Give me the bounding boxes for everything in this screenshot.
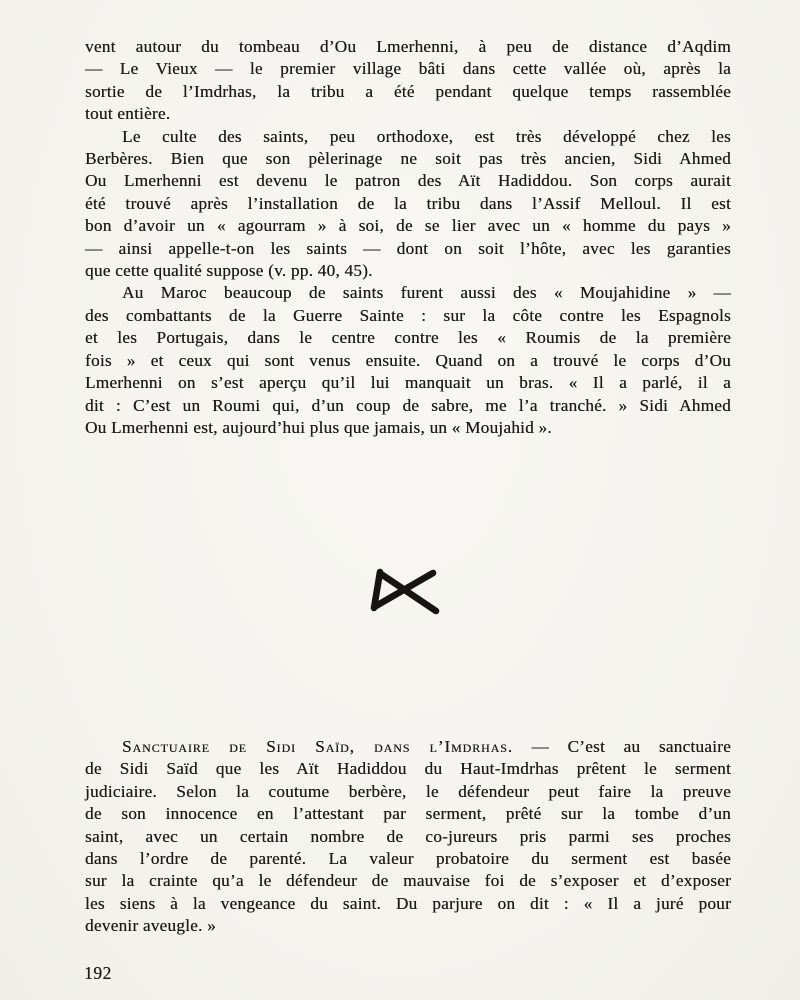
text-line: Ou Lmerhenni est, aujourd’hui plus que j… <box>85 417 731 439</box>
text-line: devenir aveugle. » <box>85 915 731 937</box>
text-line: Lmerhenni on s’est aperçu qu’il lui manq… <box>85 372 731 394</box>
text-line: sur la crainte qu’a le défendeur de mauv… <box>85 870 731 892</box>
text-line: les siens à la vengeance du saint. Du pa… <box>85 893 731 915</box>
text-line: judiciaire. Selon la coutume berbère, le… <box>85 781 731 803</box>
text-line: de Sidi Saïd que les Aït Hadiddou du Hau… <box>85 758 731 780</box>
text-line: Berbères. Bien que son pèlerinage ne soi… <box>85 148 731 170</box>
text-line: dit : C’est un Roumi qui, d’un coup de s… <box>85 395 731 417</box>
text-line: vent autour du tombeau d’Ou Lmerhenni, à… <box>85 36 731 58</box>
text-line: de son innocence en l’attestant par serm… <box>85 803 731 825</box>
text-block: vent autour du tombeau d’Ou Lmerhenni, à… <box>85 36 731 439</box>
page-number: 192 <box>84 962 112 984</box>
book-page: vent autour du tombeau d’Ou Lmerhenni, à… <box>0 0 800 1000</box>
paragraph: vent autour du tombeau d’Ou Lmerhenni, à… <box>85 36 731 126</box>
text-line: — Le Vieux — le premier village bâti dan… <box>85 58 731 80</box>
paragraph: Au Maroc beaucoup de saints furent aussi… <box>85 282 731 439</box>
text-line: dans l’ordre de parenté. La valeur proba… <box>85 848 731 870</box>
text-line: Le culte des saints, peu orthodoxe, est … <box>85 126 731 148</box>
section-heading-line: Sanctuaire de Sidi Saïd, dans l’Imdrhas.… <box>85 736 731 758</box>
text-line: fois » et ceux qui sont venus ensuite. Q… <box>85 350 731 372</box>
text-line: bon d’avoir un « agourram » à soi, de se… <box>85 215 731 237</box>
text-line: des combattants de la Guerre Sainte : su… <box>85 305 731 327</box>
bowtie-mark-icon <box>369 566 441 616</box>
text-line: Ou Lmerhenni est devenu le patron des Aï… <box>85 170 731 192</box>
section-divider-ornament <box>369 566 441 616</box>
paragraph: Le culte des saints, peu orthodoxe, est … <box>85 126 731 283</box>
text-line: et les Portugais, dans le centre contre … <box>85 327 731 349</box>
text-line: — ainsi appelle-t-on les saints — dont o… <box>85 238 731 260</box>
text-line: été trouvé après l’installation de la tr… <box>85 193 731 215</box>
section-heading-rest: — C’est au sanctuaire <box>513 737 731 756</box>
text-line: Au Maroc beaucoup de saints furent aussi… <box>85 282 731 304</box>
section-lines: de Sidi Saïd que les Aït Hadiddou du Hau… <box>85 758 731 937</box>
text-line: saint, avec un certain nombre de co-jure… <box>85 826 731 848</box>
section-block: Sanctuaire de Sidi Saïd, dans l’Imdrhas.… <box>85 736 731 938</box>
section-heading: Sanctuaire de Sidi Saïd, dans l’Imdrhas. <box>122 737 513 756</box>
section-paragraph: Sanctuaire de Sidi Saïd, dans l’Imdrhas.… <box>85 736 731 938</box>
text-line: sortie de l’Imdrhas, la tribu a été pend… <box>85 81 731 103</box>
text-line: que cette qualité suppose (v. pp. 40, 45… <box>85 260 731 282</box>
text-line: tout entière. <box>85 103 731 125</box>
